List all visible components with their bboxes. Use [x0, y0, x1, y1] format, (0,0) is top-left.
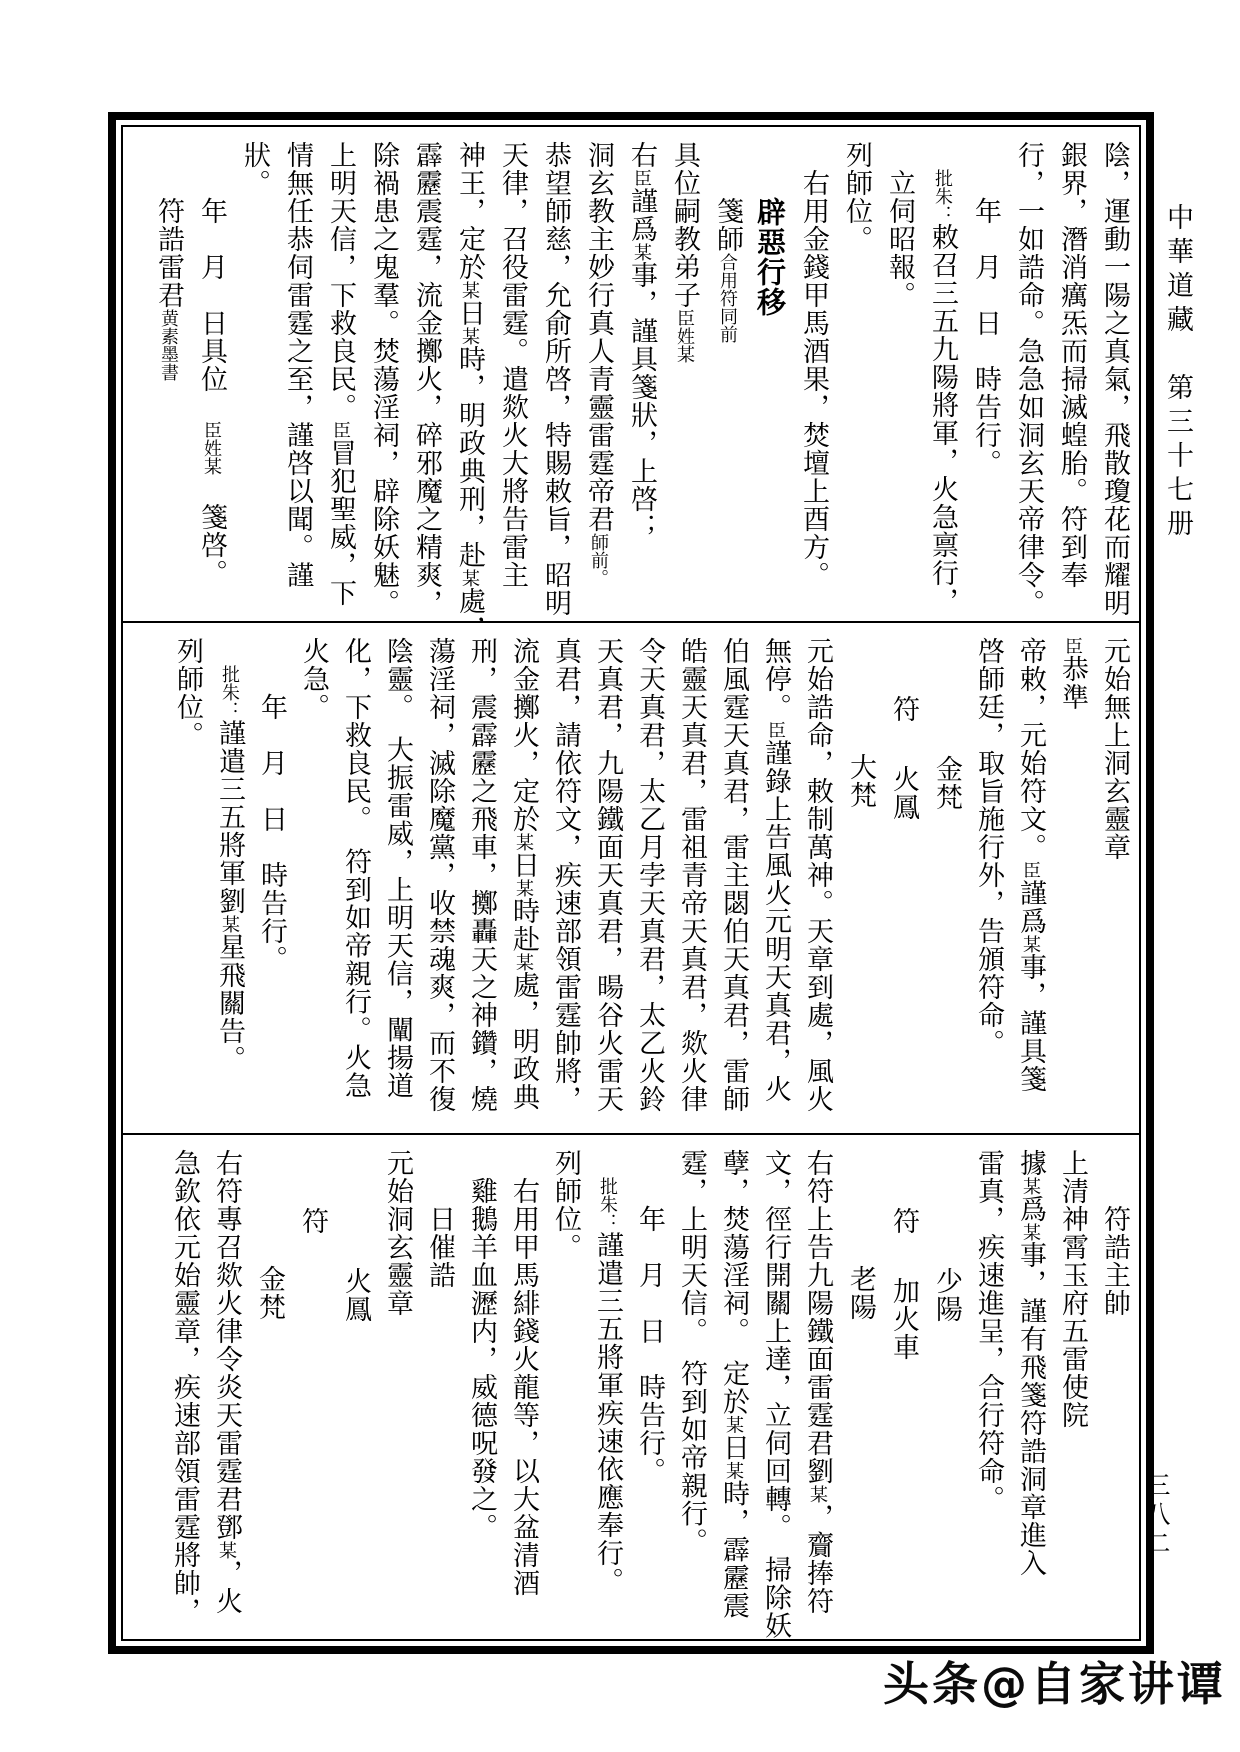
main-text: 右 [626, 141, 657, 169]
main-text: 謹遣三五將軍疾速依應奉行。 [592, 1231, 623, 1595]
annotation-small-text: 臣 [1020, 861, 1041, 879]
main-text: 伯風霆天真君，雷主閟伯天真君，雷師 [718, 637, 749, 1113]
text-column: 令天真君，太乙月孛天真君，太乙火鈴 [634, 637, 664, 1125]
text-column: 情無任恭伺雷霆之至，謹啓以聞。謹 [282, 141, 312, 613]
main-text: 洞玄教主妙行真人青靈雷霆帝君 [583, 141, 614, 533]
text-column: 年 月 日 時告行。 [634, 1149, 664, 1631]
text-column: 刑，震霹靂之飛車，擲轟天之神鑽，燒 [466, 637, 496, 1125]
main-text: 右用甲馬緋錢火龍等，以大盆清酒 [508, 1177, 539, 1597]
talisman-name: 金梵 [931, 637, 961, 1125]
main-text: 文，徑行開關上達，立伺回轉。 掃除妖 [760, 1149, 791, 1639]
top-register: 陰，運動一陽之真氣，飛散瓊花而耀明銀界，潛消癘炁而掃滅蝗胎。符到奉行，一如誥命。… [123, 127, 1139, 623]
text-column: 右符上告九陽鐵面雷霆君劉某，齎捧符 [802, 1149, 832, 1631]
main-text: 狀。 [239, 141, 270, 197]
annotation-small-text: 某 [807, 1485, 828, 1503]
main-text: 具位嗣教弟子 [669, 141, 700, 309]
talisman-name: 火鳳 [340, 1149, 370, 1631]
annotation-small-text: 某 [513, 833, 534, 851]
annotation-small-text: 某 [459, 281, 480, 299]
text-column: 行，一如誥命。急急如洞玄天帝律令。 [1013, 141, 1043, 613]
talisman-block: 火鳳符金梵 [254, 1149, 370, 1631]
main-text: 上明天信，下救良民。 [325, 141, 356, 421]
text-column: 年 月 日具位 臣姓某 箋啓。 [196, 141, 226, 613]
text-column: 右用金錢甲馬酒果，焚壇上酉方。 [798, 141, 828, 613]
middle-register: 元始無上洞玄靈章臣恭準帝敕，元始符文。臣謹爲某事，謹具箋啓師廷，取旨施行外，告頒… [123, 623, 1139, 1135]
annotation-small-text: 某 [216, 1541, 237, 1559]
main-text: 銀界，潛消癘炁而掃滅蝗胎。符到奉 [1056, 141, 1087, 589]
text-column: 天真君，九陽鐵面天真君，暘谷火雷天 [592, 637, 622, 1125]
inner-border-frame: 陰，運動一陽之真氣，飛散瓊花而耀明銀界，潛消癘炁而掃滅蝗胎。符到奉行，一如誥命。… [121, 125, 1141, 1641]
text-column: 急欽依元始靈章，疾速部領雷霆將帥， [169, 1149, 199, 1631]
main-text: 日 [454, 299, 485, 327]
text-column: 恭望師慈，允俞所啓，特賜敕旨，昭明 [540, 141, 570, 613]
main-text: 雷真，疾速進呈，合行符命。 [973, 1149, 1004, 1513]
main-text: 恭望師慈，允俞所啓，特賜敕旨，昭明 [540, 141, 571, 617]
talisman-name: 加火車 [888, 1235, 919, 1361]
watermark-text: 头条@自家讲谭 [883, 1648, 1226, 1714]
annotation-small-text: 某 [1020, 1223, 1041, 1241]
text-column: 立伺昭報。 [884, 141, 914, 613]
text-column: 蕩淫祠，滅除魔黨，收禁魂爽，而不復 [424, 637, 454, 1125]
text-column: 年 月 日 時告行。 [970, 141, 1000, 613]
text-column: 銀界，潛消癘炁而掃滅蝗胎。符到奉 [1056, 141, 1086, 613]
annotation-small-text: 臣 [631, 169, 652, 187]
main-text: 謹爲 [626, 187, 657, 243]
main-text: 令天真君，太乙月孛天真君，太乙火鈴 [634, 637, 665, 1113]
text-column: 霹靂震霆，流金擲火，碎邪魔之精爽， [411, 141, 441, 613]
main-text: 元始洞玄靈章 [382, 1149, 413, 1317]
main-text: 啓師廷，取旨施行外，告頒符命。 [973, 637, 1004, 1057]
main-text: 冒犯聖威，下 [325, 439, 356, 607]
text-column: 箋師合用符同前 [712, 141, 742, 613]
main-text: 除禍患之鬼羣。焚蕩淫祠，辟除妖魅。 [368, 141, 399, 617]
talisman-name: 少陽 [931, 1149, 961, 1631]
main-text: 元始無上洞玄靈章 [1099, 637, 1130, 861]
annotation-small-text: 合用符同前 [717, 253, 738, 343]
annotation-small-text: 師前。 [588, 533, 609, 587]
talisman-block: 金梵符火鳳大梵 [845, 637, 961, 1125]
text-column: 真君，請依符文，疾速部領雷霆帥將， [550, 637, 580, 1125]
page-number: 三八二 [1138, 1472, 1174, 1559]
main-text: 符誥雷君 [153, 197, 184, 309]
text-column: 日催誥 [424, 1149, 454, 1631]
main-text: 孽，焚蕩淫祠。 定於 [718, 1149, 749, 1416]
annotation-small-text: 批朱： [219, 665, 240, 719]
main-text: 天真君，九陽鐵面天真君，暘谷火雷天 [592, 637, 623, 1113]
text-column: 啓師廷，取旨施行外，告頒符命。 [973, 637, 1003, 1125]
text-column: 右用甲馬緋錢火龍等，以大盆清酒 [508, 1149, 538, 1631]
main-text: 火急。 [298, 637, 329, 721]
annotation-small-text: 臣姓某 [674, 309, 695, 363]
main-text: 謹遣三五將軍劉 [214, 719, 245, 915]
main-text: 上清神霄玉府五雷使院 [1057, 1149, 1088, 1429]
annotation-small-text: 某 [1020, 935, 1041, 953]
main-text: 時赴 [508, 897, 539, 953]
main-text: 急欽依元始靈章，疾速部領雷霆將帥， [169, 1149, 200, 1625]
text-column: 除禍患之鬼羣。焚蕩淫祠，辟除妖魅。 [368, 141, 398, 613]
main-text: 箋師 [712, 197, 743, 253]
main-text: 右符上告九陽鐵面雷霆君劉 [802, 1149, 833, 1485]
main-text: 霹靂震霆，流金擲火，碎邪魔之精爽， [411, 141, 442, 617]
text-column: 元始無上洞玄靈章 [1099, 637, 1129, 1125]
text-column: 天律，召役雷霆。遣欻火大將告雷主 [497, 141, 527, 613]
main-text: 右符專召欻火律令炎天雷霆君鄧 [211, 1149, 242, 1541]
text-column: 孽，焚蕩淫祠。 定於某日某時，霹靂震 [718, 1149, 748, 1631]
collection-title: 中華道藏 第三十七册 [1158, 203, 1197, 543]
text-column: 符誥主帥 [1099, 1149, 1129, 1631]
annotation-small-text: 臣 [1062, 637, 1083, 655]
main-text: 神王，定於 [454, 141, 485, 281]
main-text: 列師位。 [172, 637, 203, 749]
talisman-label: 符 [888, 695, 919, 723]
main-text: 陰，運動一陽之真氣，飛散瓊花而耀明 [1099, 141, 1130, 617]
text-column: 狀。 [239, 141, 269, 613]
main-text: 列師位。 [841, 141, 872, 253]
main-text: 情無任恭伺雷霆之至，謹啓以聞。謹 [282, 141, 313, 589]
text-column: 化，下救良民。 符到如帝親行。火急 [340, 637, 370, 1125]
annotation-small-text: 臣 [765, 721, 786, 739]
main-text: 日 [718, 1434, 749, 1462]
text-column: 陰靈。 大振雷威，上明天信，闡揚道 [382, 637, 412, 1125]
main-text: 雞鵝羊血瀝内，威德呪發之。 [466, 1177, 497, 1541]
main-text: 霆，上明天信。 符到如帝親行。 [676, 1149, 707, 1556]
main-text: 流金擲火，定於 [508, 637, 539, 833]
text-column: 臣恭準 [1057, 637, 1087, 1125]
annotation-small-text: 某 [1020, 1177, 1041, 1195]
main-text: 時，明政典刑，赴 [454, 345, 485, 569]
bottom-register: 符誥主帥上清神霄玉府五雷使院據某爲某事，謹有飛箋符誥洞章進入雷真，疾速進呈，合行… [123, 1135, 1139, 1639]
annotation-small-text: 某 [459, 327, 480, 345]
text-column: 辟惡行移 [755, 141, 785, 613]
main-text: 帝敕，元始符文。 [1015, 637, 1046, 861]
text-column: 神王，定於某日某時，明政典刑，赴某處， [454, 141, 484, 613]
main-text: 事，謹具箋 [1015, 953, 1046, 1093]
annotation-small-text: 臣姓某 [201, 421, 222, 475]
text-column: 上清神霄玉府五雷使院 [1057, 1149, 1087, 1631]
talisman-label: 符 [297, 1207, 328, 1235]
main-text: 事，謹有飛箋符誥洞章進入 [1015, 1241, 1046, 1577]
annotation-small-text: 某 [723, 1416, 744, 1434]
text-column: 元始洞玄靈章 [382, 1149, 412, 1631]
text-column: 流金擲火，定於某日某時赴某處，明政典 [508, 637, 538, 1125]
text-column: 批朱：敕召三五九陽將軍，火急禀行， [927, 141, 957, 613]
text-column: 伯風霆天真君，雷主閟伯天真君，雷師 [718, 637, 748, 1125]
talisman-name: 老陽 [845, 1149, 875, 1631]
text-column: 元始誥命，敕制萬神。天章到處，風火 [802, 637, 832, 1125]
text-column: 無停。臣謹錄上告風火元明天真君，火 [760, 637, 790, 1125]
talisman-name: 金梵 [254, 1149, 284, 1631]
main-text: 年 月 日具位 [196, 197, 227, 421]
main-text: 皓靈天真君，雷祖青帝天真君，欻火律 [676, 637, 707, 1113]
annotation-small-text: 某 [631, 243, 652, 261]
text-column: 列師位。 [841, 141, 871, 613]
main-text: 事，謹具箋狀，上啓； [626, 261, 657, 541]
text-column: 雷真，疾速進呈，合行符命。 [973, 1149, 1003, 1631]
talisman-label: 符 [888, 1207, 919, 1235]
page-border-frame: 陰，運動一陽之真氣，飛散瓊花而耀明銀界，潛消癘炁而掃滅蝗胎。符到奉行，一如誥命。… [108, 112, 1154, 1654]
main-text: 立伺昭報。 [884, 169, 915, 309]
annotation-small-text: 批朱： [932, 169, 953, 223]
text-column: 陰，運動一陽之真氣，飛散瓊花而耀明 [1099, 141, 1129, 613]
main-text: 蕩淫祠，滅除魔黨，收禁魂爽，而不復 [424, 637, 455, 1113]
main-text: 行，一如誥命。急急如洞玄天帝律令。 [1013, 141, 1044, 617]
annotation-small-text: 某 [723, 1462, 744, 1480]
main-text: 爲 [1015, 1195, 1046, 1223]
main-text: 時，霹靂震 [718, 1480, 749, 1620]
main-text: 陰靈。 大振雷威，上明天信，闡揚道 [382, 637, 413, 1100]
main-text: 右用金錢甲馬酒果，焚壇上酉方。 [798, 169, 829, 589]
main-text: 處， [454, 587, 485, 623]
annotation-small-text: 某 [513, 879, 534, 897]
main-text: 真君，請依符文，疾速部領雷霆帥將， [550, 637, 581, 1113]
annotation-small-text: 批朱： [597, 1177, 618, 1231]
annotation-small-text: 臣 [330, 421, 351, 439]
text-column: 火急。 [298, 637, 328, 1125]
main-text: 據 [1015, 1149, 1046, 1177]
main-text: 恭準 [1057, 655, 1088, 711]
main-text: ，火 [211, 1559, 242, 1615]
main-text: 化，下救良民。 符到如帝親行。火急 [340, 637, 371, 1100]
main-text: 日催誥 [424, 1205, 455, 1289]
scanned-book-page: 陰，運動一陽之真氣，飛散瓊花而耀明銀界，潛消癘炁而掃滅蝗胎。符到奉行，一如誥命。… [0, 0, 1240, 1752]
text-column: 批朱：謹遣三五將軍疾速依應奉行。 [592, 1149, 622, 1631]
text-column: 帝敕，元始符文。臣謹爲某事，謹具箋 [1015, 637, 1045, 1125]
annotation-small-text: 某 [459, 569, 480, 587]
main-text: 辟惡行移 [753, 197, 787, 317]
main-text: 年 月 日 時告行。 [970, 197, 1001, 477]
text-column: 據某爲某事，謹有飛箋符誥洞章進入 [1015, 1149, 1045, 1631]
text-column: 右臣謹爲某事，謹具箋狀，上啓； [626, 141, 656, 613]
talisman-block: 少陽符加火車老陽 [845, 1149, 961, 1631]
text-column: 列師位。 [550, 1149, 580, 1631]
text-column: 皓靈天真君，雷祖青帝天真君，欻火律 [676, 637, 706, 1125]
main-text: 星飛關告。 [214, 933, 245, 1073]
text-column: 雞鵝羊血瀝内，威德呪發之。 [466, 1149, 496, 1631]
text-column: 右符專召欻火律令炎天雷霆君鄧某，火 [211, 1149, 241, 1631]
main-text: 年 月 日 時告行。 [634, 1205, 665, 1485]
talisman-name: 大梵 [845, 637, 875, 1125]
text-column: 批朱：謹遣三五將軍劉某星飛關告。 [214, 637, 244, 1125]
main-text: 處，明政典 [508, 971, 539, 1111]
text-column: 上明天信，下救良民。臣冒犯聖威，下 [325, 141, 355, 613]
main-text: 謹爲 [1015, 879, 1046, 935]
text-column: 洞玄教主妙行真人青靈雷霆帝君師前。 [583, 141, 613, 613]
talisman-label-column: 符 [297, 1149, 327, 1631]
talisman-label-column: 符火鳳 [888, 637, 918, 1125]
main-text: 無停。 [760, 637, 791, 721]
text-column: 列師位。 [172, 637, 202, 1125]
text-column: 年 月 日 時告行。 [256, 637, 286, 1125]
text-column: 具位嗣教弟子臣姓某 [669, 141, 699, 613]
main-text: 謹錄上告風火元明天真君，火 [760, 739, 791, 1103]
main-text: 箋啓。 [196, 475, 227, 587]
annotation-small-text: 黄素墨書 [158, 309, 179, 381]
main-text: 天律，召役雷霆。遣欻火大將告雷主 [497, 141, 528, 589]
text-column: 符誥雷君黄素墨書 [153, 141, 183, 613]
text-column: 霆，上明天信。 符到如帝親行。 [676, 1149, 706, 1631]
annotation-small-text: 某 [219, 915, 240, 933]
main-text: 列師位。 [550, 1149, 581, 1261]
talisman-label-column: 符加火車 [888, 1149, 918, 1631]
text-column: 文，徑行開關上達，立伺回轉。 掃除妖 [760, 1149, 790, 1631]
talisman-name: 火鳳 [888, 723, 919, 821]
main-text: ，齎捧符 [802, 1503, 833, 1615]
main-text: 符誥主帥 [1099, 1205, 1130, 1317]
annotation-small-text: 某 [513, 953, 534, 971]
main-text: 元始誥命，敕制萬神。天章到處，風火 [802, 637, 833, 1113]
main-text: 敕召三五九陽將軍，火急禀行， [927, 223, 958, 615]
main-text: 刑，震霹靂之飛車，擲轟天之神鑽，燒 [466, 637, 497, 1113]
main-text: 年 月 日 時告行。 [256, 693, 287, 973]
main-text: 日 [508, 851, 539, 879]
